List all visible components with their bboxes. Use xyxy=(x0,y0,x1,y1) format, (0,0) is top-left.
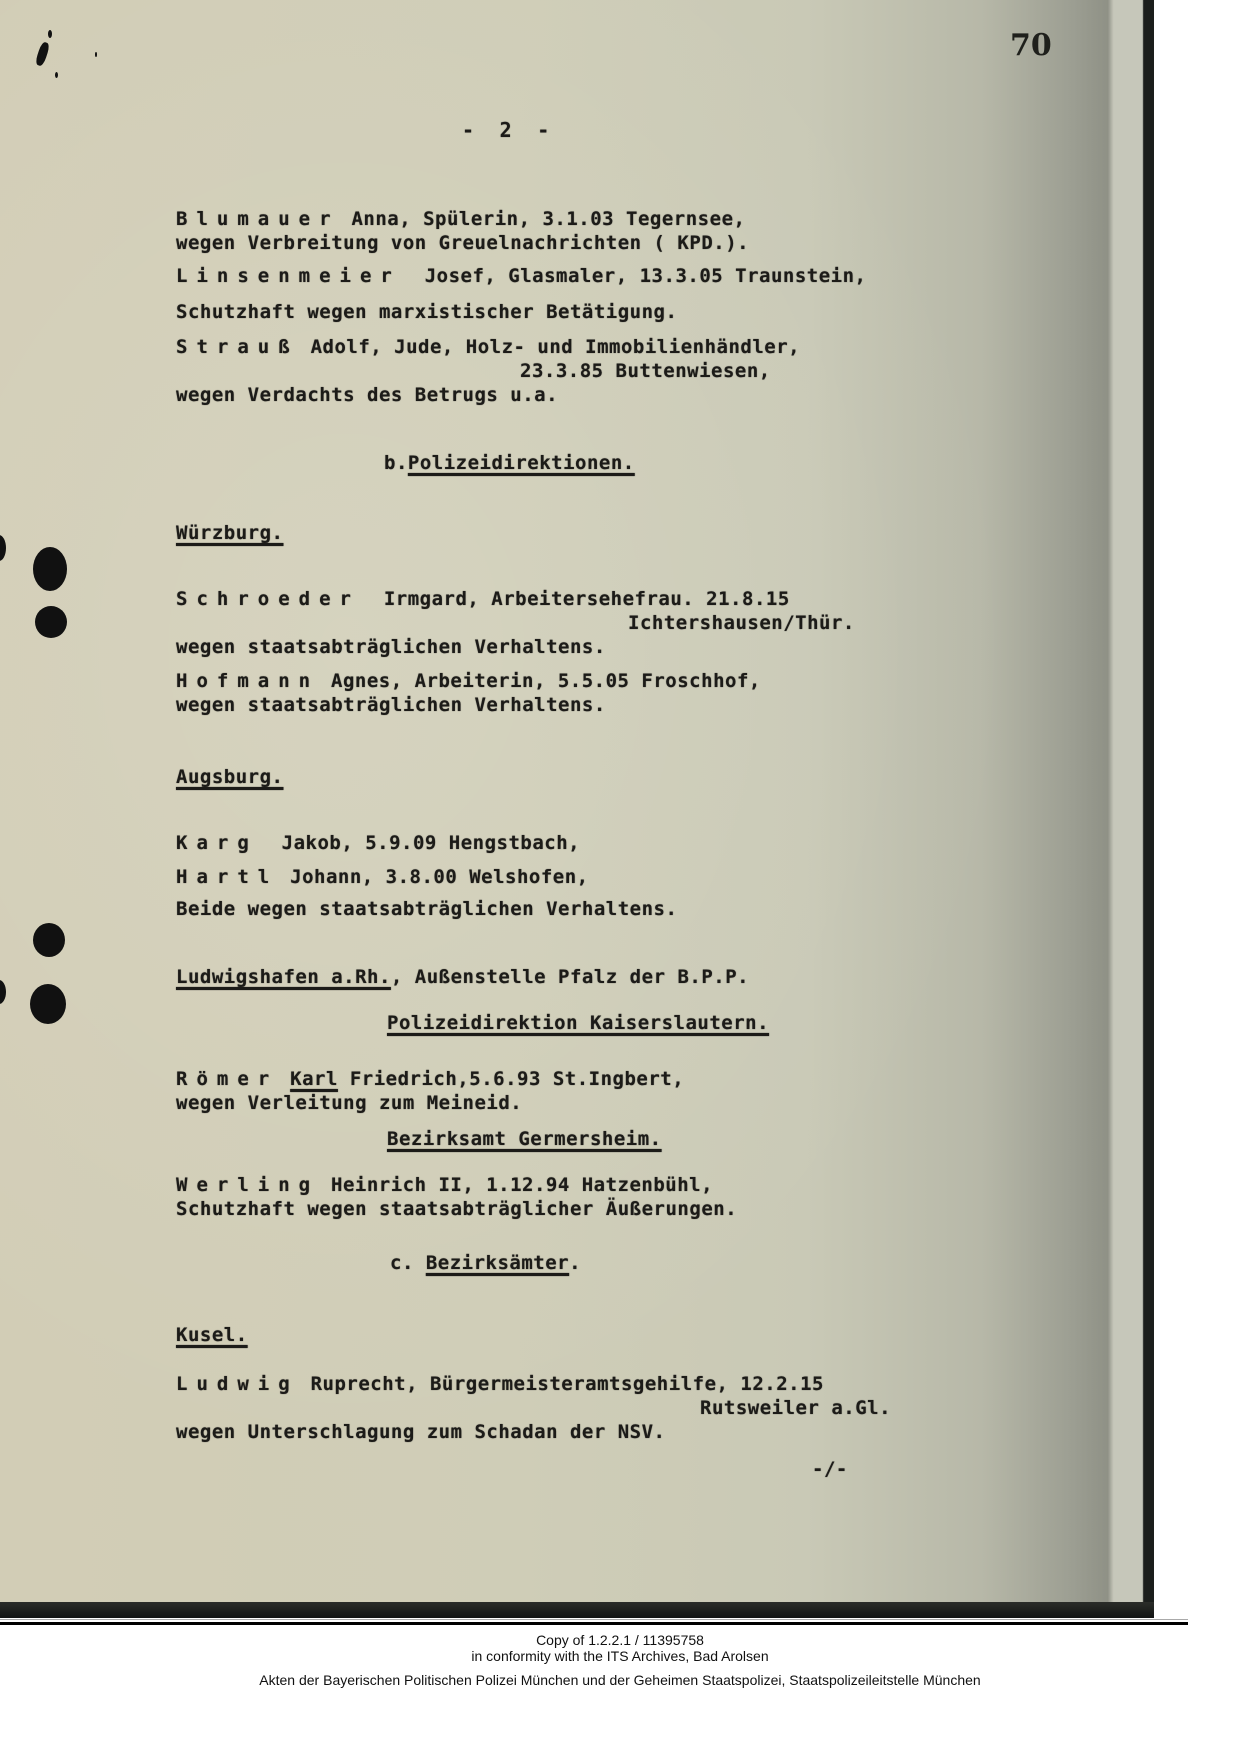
scanned-page: 70 - 2 - Blumauer Anna, Spülerin, 3.1.03… xyxy=(0,0,1154,1618)
entry-hartl: Hartl Johann, 3.8.00 Welshofen, xyxy=(176,866,589,888)
section-c-heading: c. Bezirksämter. xyxy=(390,1252,581,1274)
entry-line: wegen Unterschlagung zum Schadan der NSV… xyxy=(176,1421,666,1443)
subheading-germersheim: Bezirksamt Germersheim. xyxy=(387,1128,662,1150)
entry-schroeder: Schroeder Irmgard, Arbeitersehefrau. 21.… xyxy=(176,588,790,610)
city-heading-kusel: Kusel. xyxy=(176,1324,248,1346)
entry-werling: Werling Heinrich II, 1.12.94 Hatzenbühl, xyxy=(176,1174,713,1196)
punch-hole xyxy=(33,923,65,957)
entry-line: wegen Verdachts des Betrugs u.a. xyxy=(176,384,558,406)
city-heading-wuerzburg: Würzburg. xyxy=(176,522,283,544)
surname: Linsenmeier xyxy=(176,265,401,287)
entry-karg: Karg Jakob, 5.9.09 Hengstbach, xyxy=(176,832,580,854)
archive-page-number: 70 xyxy=(1010,28,1052,63)
footer-collection-line: Akten der Bayerischen Politischen Polize… xyxy=(0,1672,1240,1688)
surname: Karg xyxy=(176,832,258,854)
entry-line: wegen Verleitung zum Meineid. xyxy=(176,1092,522,1114)
surname: Hartl xyxy=(176,866,278,888)
entry-line: Ichtershausen/Thür. xyxy=(628,612,855,634)
entry-line: Rutsweiler a.Gl. xyxy=(700,1397,891,1419)
ink-mark xyxy=(95,52,97,57)
entry-hofmann: Hofmann Agnes, Arbeiterin, 5.5.05 Frosch… xyxy=(176,670,761,692)
entry-roemer: Römer Karl Friedrich,5.6.93 St.Ingbert, xyxy=(176,1068,684,1090)
punch-hole xyxy=(35,606,67,638)
punch-hole xyxy=(33,547,67,591)
surname: Römer xyxy=(176,1068,278,1090)
entry-line: wegen staatsabträglichen Verhaltens. xyxy=(176,636,606,658)
footer-rule xyxy=(0,1622,1188,1625)
surname: Hofmann xyxy=(176,670,319,692)
surname: Strauß xyxy=(176,336,299,358)
city-heading-augsburg: Augsburg. xyxy=(176,766,283,788)
end-mark: -/- xyxy=(812,1458,848,1480)
entry-linsenmeier: Linsenmeier Josef, Glasmaler, 13.3.05 Tr… xyxy=(176,265,866,287)
surname: Ludwig xyxy=(176,1373,299,1395)
footer-rule-shadow xyxy=(0,1619,1188,1620)
surname: Blumauer xyxy=(176,208,340,230)
entry-line: Beide wegen staatsabträglichen Verhalten… xyxy=(176,898,677,920)
subheading-kaiserslautern: Polizeidirektion Kaiserslautern. xyxy=(387,1012,769,1034)
footer-conformity-line: in conformity with the ITS Archives, Bad… xyxy=(0,1648,1240,1664)
entry-blumauer: Blumauer Anna, Spülerin, 3.1.03 Tegernse… xyxy=(176,208,745,230)
page-marker: - 2 - xyxy=(462,118,550,142)
punch-hole xyxy=(30,984,66,1024)
ink-mark xyxy=(55,72,58,78)
surname: Schroeder xyxy=(176,588,360,610)
entry-line: wegen Verbreitung von Greuelnachrichten … xyxy=(176,232,749,254)
entry-ludwig: Ludwig Ruprecht, Bürgermeisteramtsgehilf… xyxy=(176,1373,824,1395)
surname: Werling xyxy=(176,1174,319,1196)
city-heading-ludwigshafen: Ludwigshafen a.Rh., Außenstelle Pfalz de… xyxy=(176,966,749,988)
footer-copy-line: Copy of 1.2.2.1 / 11395758 xyxy=(0,1632,1240,1648)
ink-mark xyxy=(48,30,52,38)
entry-line: wegen staatsabträglichen Verhaltens. xyxy=(176,694,606,716)
entry-line: 23.3.85 Buttenwiesen, xyxy=(520,360,771,382)
entry-line: Schutzhaft wegen staatsabträglicher Äuße… xyxy=(176,1198,737,1220)
entry-strauss: Strauß Adolf, Jude, Holz- und Immobilien… xyxy=(176,336,800,358)
entry-line: Schutzhaft wegen marxistischer Betätigun… xyxy=(176,301,677,323)
section-b-heading: b.Polizeidirektionen. xyxy=(384,452,635,474)
